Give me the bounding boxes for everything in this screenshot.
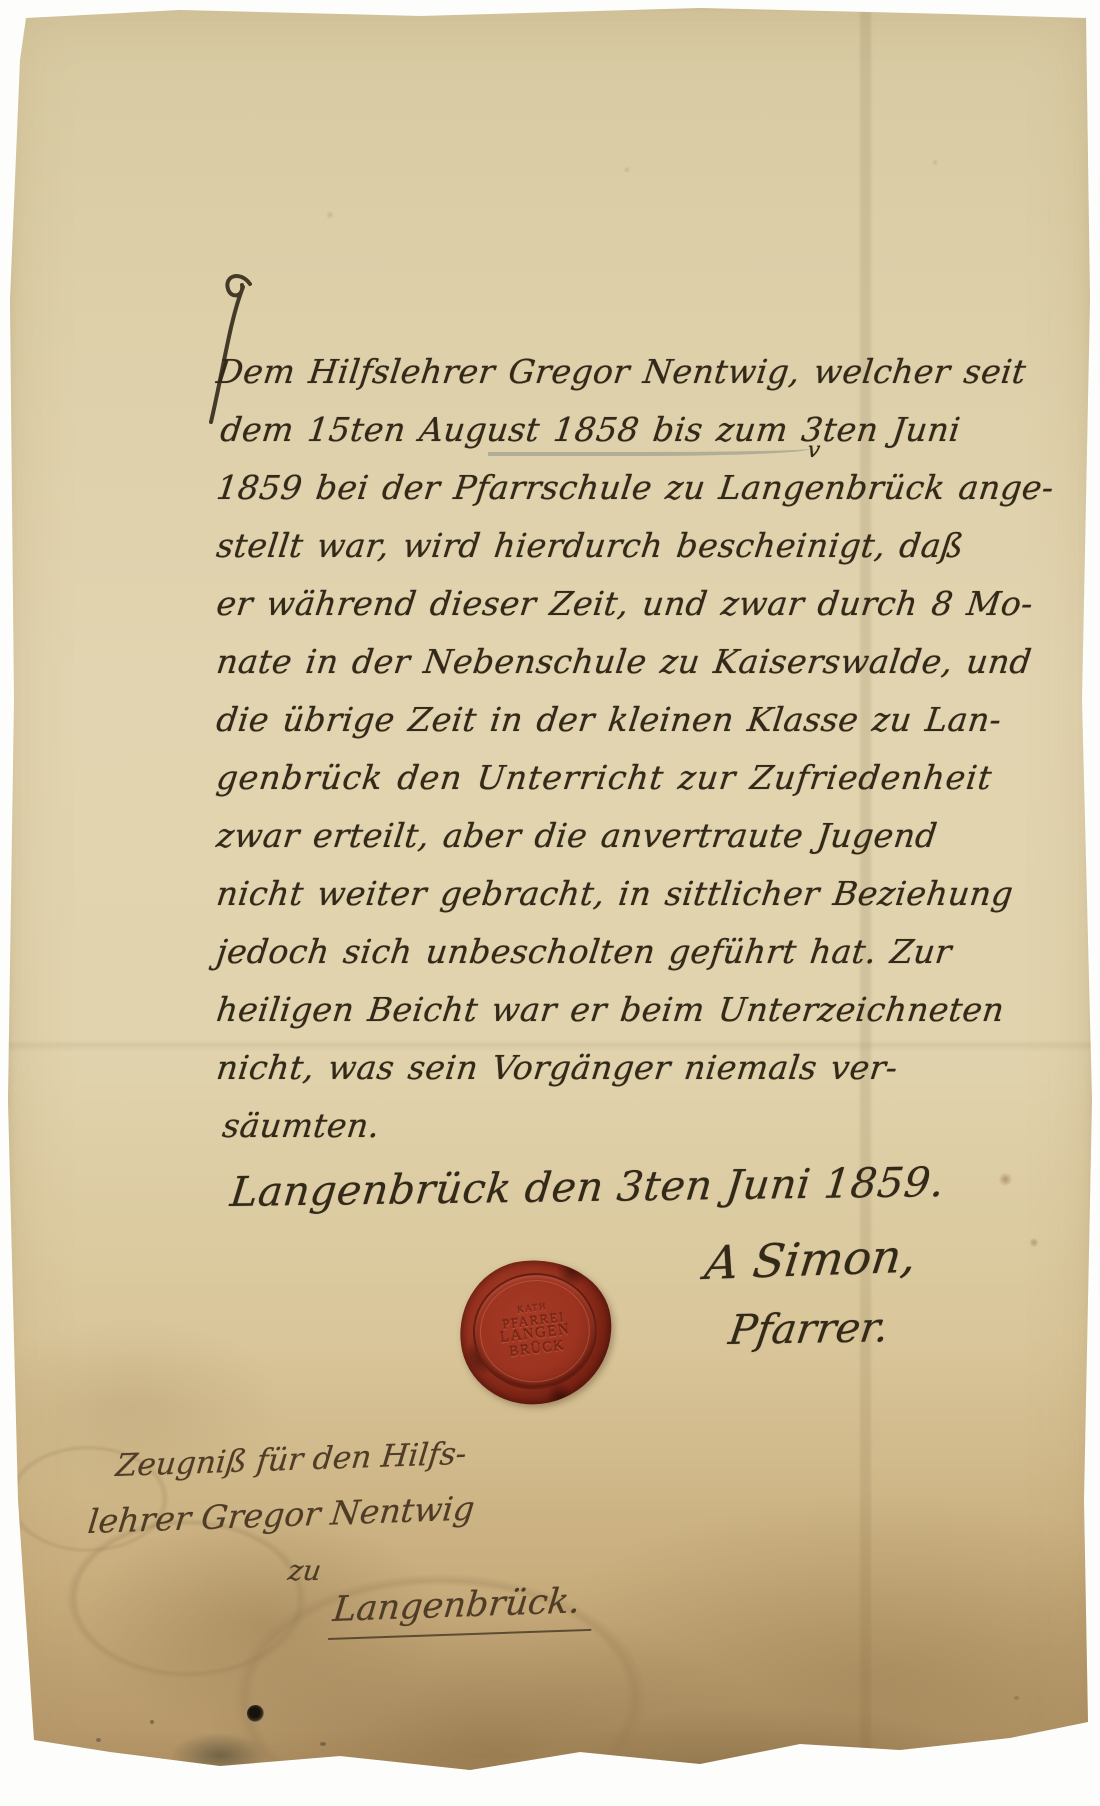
docket-line: Zeugniß für den Hilfs- <box>114 1436 468 1484</box>
dateline: Langenbrück den 3ten Juni 1859. <box>228 1158 947 1216</box>
paper-left-edge-mark <box>2 28 9 168</box>
wax-seal: KATH PFARREI LANGEN BRÜCK <box>452 1251 620 1412</box>
letter-line: dem 15ten August 1858 bis zum 3ten Juni <box>216 410 959 468</box>
letter-line: nicht, was sein Vorgänger niemals ver- <box>212 1048 959 1106</box>
letter-line: jedoch sich unbescholten geführt hat. Zu… <box>212 932 959 990</box>
letter-line: die übrige Zeit in der kleinen Klasse zu… <box>212 700 959 758</box>
letter-line: er während dieser Zeit, und zwar durch 8… <box>212 584 959 642</box>
letter-line: zwar erteilt, aber die anvertraute Jugen… <box>212 816 959 874</box>
ink-speck <box>320 1742 326 1746</box>
ink-speck <box>96 1738 101 1742</box>
letter-line: 1859 bei der Pfarrschule zu Langenbrück … <box>212 468 959 526</box>
letter-line: nate in der Nebenschule zu Kaiserswalde,… <box>212 642 959 700</box>
docket-line: lehrer Gregor Nentwig <box>86 1489 476 1541</box>
docket-line: zu <box>286 1554 323 1587</box>
signature: A Simon, <box>702 1229 919 1290</box>
ink-speck <box>150 1720 154 1724</box>
letter-line: säumten. <box>218 1106 959 1164</box>
docket-place-underlined: Langenbrück. <box>328 1581 596 1640</box>
ink-speck <box>1014 1696 1019 1700</box>
burn-hole <box>247 1705 264 1722</box>
signature-title: Pfarrer. <box>726 1303 892 1354</box>
pencil-underline-name <box>488 440 810 456</box>
letter-line: nicht weiter gebracht, in sittlicher Bez… <box>212 874 959 932</box>
aged-paper-sheet: Dem Hilfslehrer Gregor Nentwig, welcher … <box>0 0 1100 1806</box>
letter-line: stellt war, wird hierdurch bescheinigt, … <box>212 526 959 584</box>
letter-line: heiligen Beicht war er beim Unterzeichne… <box>212 990 959 1048</box>
letter-body: Dem Hilfslehrer Gregor Nentwig, welcher … <box>212 352 952 1164</box>
paper-top-edge-shadow <box>0 0 1100 7</box>
letter-line: genbrück den Unterricht zur Zufriedenhei… <box>212 758 959 816</box>
letter-line: Dem Hilfslehrer Gregor Nentwig, welcher … <box>212 352 959 410</box>
